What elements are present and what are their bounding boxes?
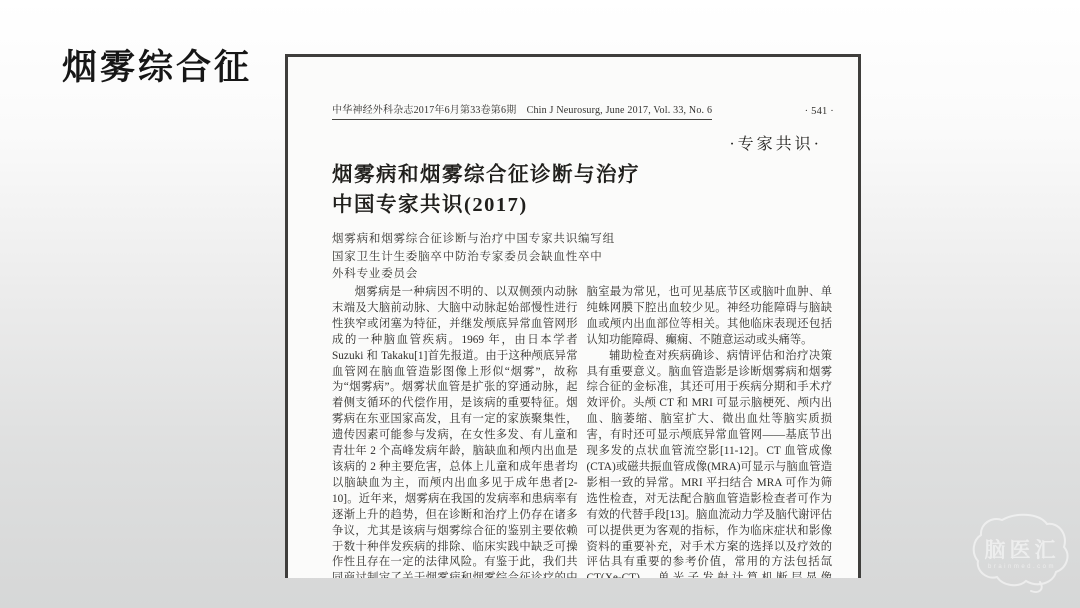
body-paragraph: 烟雾病是一种病因不明的、以双侧颈内动脉末端及大脑前动脉、大脑中动脉起始部慢性进行… [332,285,578,578]
journal-citation: 中华神经外科杂志2017年6月第33卷第6期 Chin J Neurosurg,… [332,101,712,120]
author-block: 烟雾病和烟雾综合征诊断与治疗中国专家共识编写组 国家卫生计生委脑卒中防治专家委员… [332,231,615,284]
author-line: 国家卫生计生委脑卒中防治专家委员会缺血性卒中 [332,249,615,267]
article-title-line1: 烟雾病和烟雾综合征诊断与治疗 [332,164,640,186]
left-column: 烟雾病是一种病因不明的、以双侧颈内动脉末端及大脑前动脉、大脑中动脉起始部慢性进行… [332,285,578,578]
body-columns: 烟雾病是一种病因不明的、以双侧颈内动脉末端及大脑前动脉、大脑中动脉起始部慢性进行… [332,285,832,578]
watermark-brand-text: 脑医汇 [985,538,1060,562]
watermark-caption-text: brainmed.com [988,564,1056,570]
author-line: 外科专业委员会 [332,266,615,284]
page-number: · 541 · [805,106,834,120]
article-title-line2: 中国专家共识(2017) [332,194,528,216]
brainmed-watermark: 脑医汇 brainmed.com [970,508,1074,594]
slide-title: 烟雾综合征 [62,40,252,90]
article-title: 烟雾病和烟雾综合征诊断与治疗 中国专家共识(2017) [332,160,640,220]
journal-page-scan: 中华神经外科杂志2017年6月第33卷第6期 Chin J Neurosurg,… [285,54,861,578]
author-line: 烟雾病和烟雾综合征诊断与治疗中国专家共识编写组 [332,231,615,249]
slide-canvas: { "slide": { "title": "烟雾综合征" }, "paper"… [0,0,1080,608]
journal-header-row: 中华神经外科杂志2017年6月第33卷第6期 Chin J Neurosurg,… [332,101,834,120]
body-paragraph: 辅助检查对疾病确诊、病情评估和治疗决策具有重要意义。脑血管造影是诊断烟雾病和烟雾… [587,349,833,578]
section-label: ·专家共识· [729,131,822,154]
brain-logo-icon: 脑医汇 brainmed.com [970,508,1074,594]
body-paragraph: 脑室最为常见，也可见基底节区或脑叶血肿、单纯蛛网膜下腔出血较少见。神经功能障碍与… [587,285,833,349]
right-column: 脑室最为常见，也可见基底节区或脑叶血肿、单纯蛛网膜下腔出血较少见。神经功能障碍与… [587,285,833,578]
